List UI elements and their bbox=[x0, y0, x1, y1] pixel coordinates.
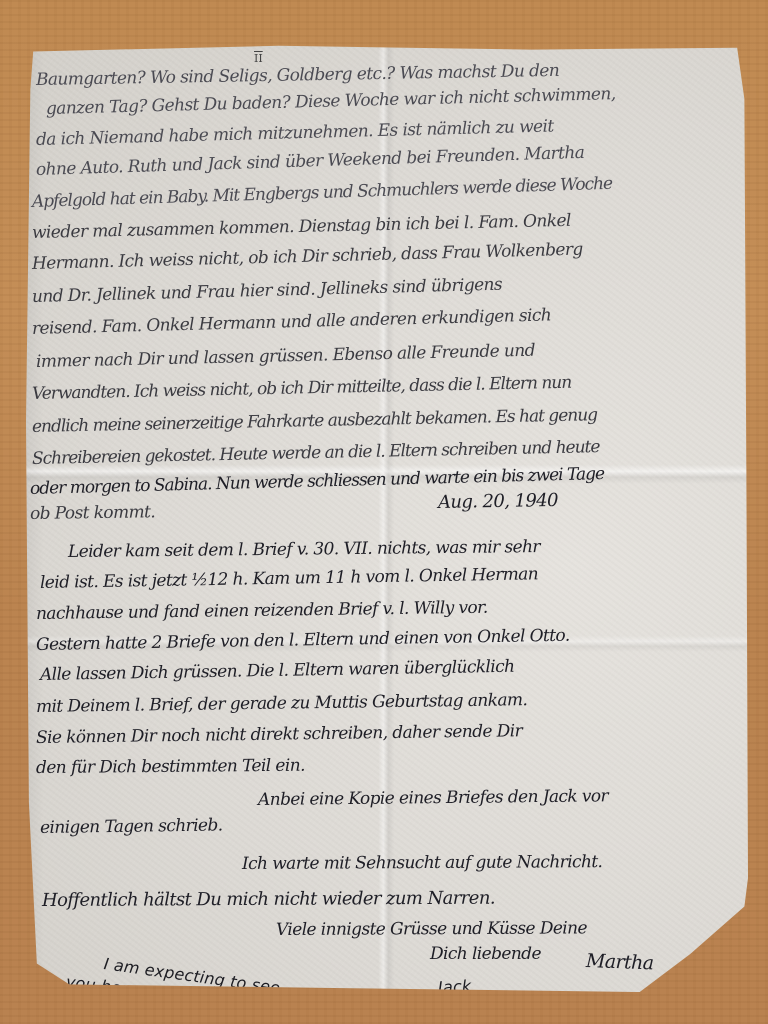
letter-line: Verwandten. Ich weiss nicht, ob ich Dir … bbox=[32, 373, 572, 404]
letter-line: ohne Auto. Ruth und Jack sind über Weeke… bbox=[36, 143, 585, 180]
signature-jack: Jack bbox=[438, 976, 472, 997]
letter-line: Hermann. Ich weiss nicht, ob ich Dir sch… bbox=[32, 240, 583, 274]
letter-line: nachhause und fand einen reizenden Brief… bbox=[36, 598, 488, 624]
letter-line: Gestern hatte 2 Briefe von den l. Eltern… bbox=[36, 626, 570, 655]
letter-line: wieder mal zusammen kommen. Dienstag bin… bbox=[32, 211, 571, 243]
letter-line: reisend. Fam. Onkel Hermann und alle and… bbox=[32, 305, 552, 339]
letter-line: Apfelgold hat ein Baby. Mit Engbergs und… bbox=[32, 174, 613, 212]
signature-martha: Martha bbox=[586, 950, 654, 974]
letter-line: einigen Tagen schrieb. bbox=[40, 815, 223, 838]
letter-line: Alle lassen Dich grüssen. Die l. Eltern … bbox=[40, 657, 515, 685]
letter-body: II Baumgarten? Wo sind Seligs, Goldberg … bbox=[26, 42, 748, 992]
letter-line: endlich meine seinerzeitige Fahrkarte au… bbox=[32, 405, 597, 437]
letter-line: Ich warte mit Sehnsucht auf gute Nachric… bbox=[242, 852, 602, 874]
letter-line: mit Deinem l. Brief, der gerade zu Mutti… bbox=[36, 690, 528, 717]
letter-line: ganzen Tag? Gehst Du baden? Diese Woche … bbox=[46, 84, 616, 119]
letter-line: ob Post kommt. bbox=[30, 502, 155, 524]
letter-line: immer nach Dir und lassen grüssen. Ebens… bbox=[36, 341, 535, 372]
letter-line: Sie können Dir noch nicht direkt schreib… bbox=[36, 721, 522, 748]
letter-line: da ich Niemand habe mich mitzunehmen. Es… bbox=[36, 116, 554, 150]
postscript-line: I am expecting to see bbox=[103, 954, 282, 998]
letter-closing: Viele innigste Grüsse und Küsse Deine bbox=[276, 918, 587, 940]
postscript-line: will be happy when you come bbox=[75, 994, 319, 1024]
letter-line: leid ist. Es ist jetzt ½12 h. Kam um 11 … bbox=[40, 564, 538, 593]
letter-line: Anbei eine Kopie eines Briefes den Jack … bbox=[258, 786, 608, 810]
letter-closing-2: Dich liebende bbox=[430, 944, 541, 964]
letter-line: den für Dich bestimmten Teil ein. bbox=[36, 756, 305, 778]
letter-line: Schreibereien gekostet. Heute werde an d… bbox=[32, 437, 600, 469]
letter-line: Baumgarten? Wo sind Seligs, Goldberg etc… bbox=[36, 61, 559, 90]
letter-line: Hoffentlich hältst Du mich nicht wieder … bbox=[42, 888, 495, 911]
letter-line: und Dr. Jellinek und Frau hier sind. Jel… bbox=[32, 275, 503, 307]
page-marker: II bbox=[254, 52, 263, 65]
letter-sheet: II Baumgarten? Wo sind Seligs, Goldberg … bbox=[26, 42, 748, 992]
letter-line: Leider kam seit dem l. Brief v. 30. VII.… bbox=[68, 537, 540, 562]
letter-date: Aug. 20, 1940 bbox=[438, 490, 558, 513]
